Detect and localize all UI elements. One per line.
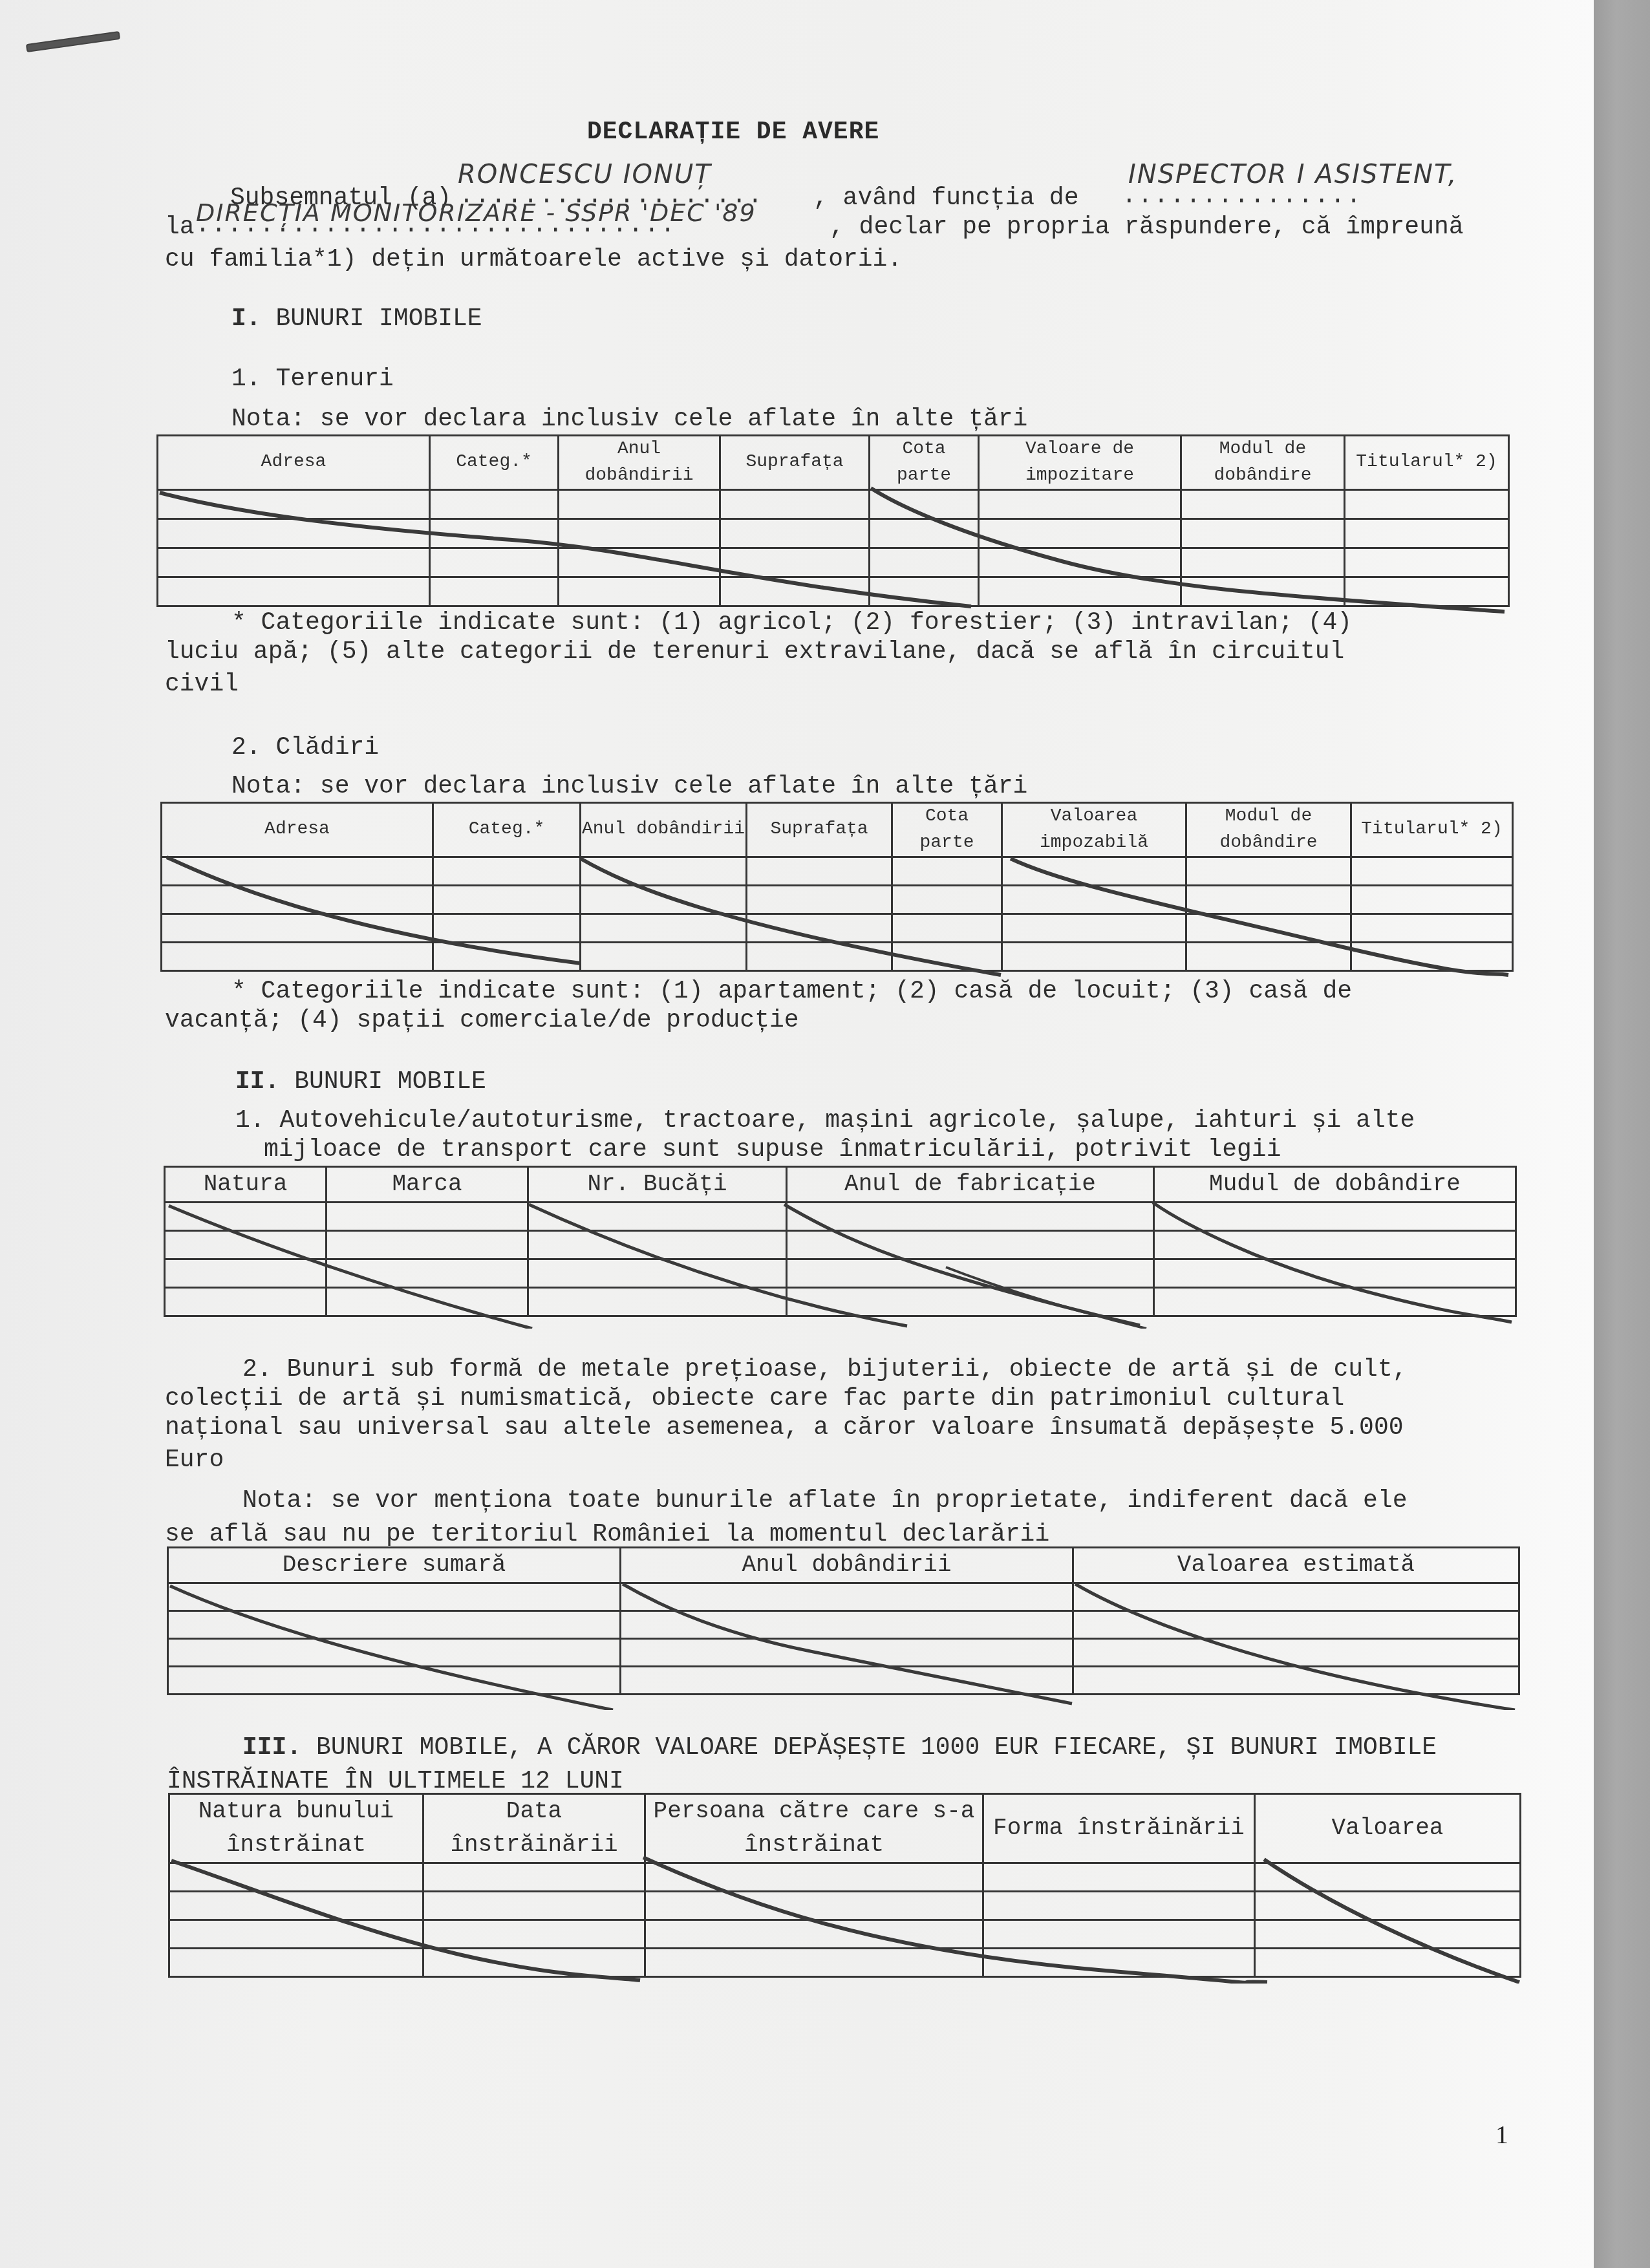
table-cell[interactable]: [1186, 886, 1351, 914]
section-3-title: BUNURI MOBILE, A CĂROR VALOARE DEPĂȘEȘTE…: [316, 1734, 1437, 1762]
table-cell[interactable]: [747, 857, 892, 886]
column-header: Valoarea estimată: [1073, 1548, 1519, 1583]
table-cell[interactable]: [430, 548, 559, 577]
table-cell[interactable]: [327, 1288, 528, 1316]
function-field[interactable]: INSPECTOR I ASISTENT,: [1128, 162, 1457, 187]
table-cell[interactable]: [787, 1288, 1154, 1316]
table-cell[interactable]: [1154, 1203, 1516, 1231]
table-cell[interactable]: [430, 577, 559, 606]
table-cell[interactable]: [1181, 519, 1345, 548]
section-1-title: BUNURI IMOBILE: [275, 305, 482, 333]
table-cell[interactable]: [747, 886, 892, 914]
table-cell[interactable]: [158, 548, 430, 577]
table-cell[interactable]: [433, 886, 581, 914]
column-header: Modul de dobândire: [1186, 803, 1351, 857]
table-cell[interactable]: [1186, 857, 1351, 886]
section-3-number: III.: [242, 1734, 301, 1762]
table-cell[interactable]: [1345, 490, 1509, 519]
table-cell[interactable]: [787, 1203, 1154, 1231]
table-row: [165, 1203, 1516, 1231]
valuables-heading-3: național sau universal sau altele asemen…: [165, 1416, 1404, 1440]
table-row: [162, 857, 1513, 886]
table-row: [165, 1231, 1516, 1259]
terenuri-heading: 1. Terenuri: [231, 367, 394, 392]
table-cell[interactable]: [1351, 886, 1513, 914]
column-header: Cota parte: [870, 436, 979, 490]
table-cell[interactable]: [327, 1231, 528, 1259]
table-cell[interactable]: [621, 1667, 1073, 1695]
table-cell[interactable]: [1073, 1611, 1519, 1639]
table-cell[interactable]: [559, 519, 720, 548]
table-cell[interactable]: [1186, 943, 1351, 971]
intro-function-label: , având funcția de: [813, 186, 1078, 211]
cladiri-table: AdresaCateg.*Anul dobândiriiSuprafațaCot…: [160, 802, 1514, 972]
table-cell[interactable]: [645, 1863, 983, 1892]
table-row: [168, 1667, 1519, 1695]
table-cell[interactable]: [430, 519, 559, 548]
terenuri-table: AdresaCateg.*Anul dobândiriiSuprafațaCot…: [156, 434, 1510, 607]
table-cell[interactable]: [528, 1288, 787, 1316]
table-cell[interactable]: [720, 490, 870, 519]
table-cell[interactable]: [158, 490, 430, 519]
column-header: Anul dobândirii: [559, 436, 720, 490]
valuables-body: [168, 1583, 1519, 1695]
table-cell[interactable]: [1255, 1863, 1521, 1892]
table-cell[interactable]: [870, 548, 979, 577]
table-row: [162, 914, 1513, 943]
table-cell[interactable]: [1186, 914, 1351, 943]
table-cell[interactable]: [621, 1583, 1073, 1611]
valuables-note-2: se află sau nu pe teritoriul României la…: [165, 1523, 1049, 1547]
table-cell[interactable]: [423, 1920, 645, 1949]
column-header: Suprafața: [747, 803, 892, 857]
column-header: Valoarea impozabilă: [1002, 803, 1186, 857]
table-cell[interactable]: [1002, 857, 1186, 886]
table-cell[interactable]: [1345, 548, 1509, 577]
terenuri-footnote-1: * Categoriile indicate sunt: (1) agricol…: [231, 611, 1352, 636]
table-row: [168, 1611, 1519, 1639]
vehicles-body: [165, 1203, 1516, 1316]
declarant-name-field[interactable]: RONCESCU IONUȚ: [458, 162, 712, 187]
table-cell[interactable]: [983, 1863, 1255, 1892]
table-cell[interactable]: [870, 519, 979, 548]
table-cell[interactable]: [720, 548, 870, 577]
table-cell[interactable]: [327, 1203, 528, 1231]
table-cell[interactable]: [892, 857, 1002, 886]
table-cell[interactable]: [528, 1259, 787, 1288]
column-header: Anul dobândirii: [621, 1548, 1073, 1583]
table-cell[interactable]: [787, 1259, 1154, 1288]
column-header: Valoarea: [1255, 1794, 1521, 1863]
table-cell[interactable]: [433, 914, 581, 943]
valuables-heading-2: colecții de artă și numismatică, obiecte…: [165, 1387, 1344, 1411]
valuables-table: Descriere sumarăAnul dobândiriiValoarea …: [167, 1546, 1520, 1695]
table-row: [158, 548, 1509, 577]
vehicles-table: NaturaMarcaNr. BucățiAnul de fabricațieM…: [164, 1166, 1517, 1317]
table-row: [169, 1949, 1521, 1977]
column-header: Marca: [327, 1167, 528, 1203]
table-row: [165, 1259, 1516, 1288]
table-cell[interactable]: [433, 857, 581, 886]
table-cell[interactable]: [1351, 857, 1513, 886]
table-cell[interactable]: [165, 1259, 327, 1288]
column-header: Adresa: [162, 803, 433, 857]
valuables-heading-4: Euro: [165, 1448, 224, 1473]
table-cell[interactable]: [1181, 548, 1345, 577]
table-cell[interactable]: [720, 577, 870, 606]
table-cell[interactable]: [430, 490, 559, 519]
cladiri-note: Nota: se vor declara inclusiv cele aflat…: [231, 775, 1027, 799]
table-row: [158, 490, 1509, 519]
section-3-heading-2: ÎNSTRĂINATE ÎN ULTIMELE 12 LUNI: [167, 1770, 624, 1794]
section-2-title: BUNURI MOBILE: [294, 1068, 486, 1096]
table-cell[interactable]: [1073, 1639, 1519, 1667]
table-cell[interactable]: [787, 1231, 1154, 1259]
table-cell[interactable]: [168, 1611, 621, 1639]
table-cell[interactable]: [983, 1920, 1255, 1949]
table-row: [158, 519, 1509, 548]
table-cell[interactable]: [892, 886, 1002, 914]
table-cell[interactable]: [423, 1863, 645, 1892]
scan-edge: [1594, 0, 1650, 2268]
table-cell[interactable]: [168, 1667, 621, 1695]
vehicles-header-row: NaturaMarcaNr. BucățiAnul de fabricațieM…: [165, 1167, 1516, 1203]
table-cell[interactable]: [423, 1892, 645, 1920]
table-cell[interactable]: [621, 1639, 1073, 1667]
table-cell[interactable]: [165, 1288, 327, 1316]
table-cell[interactable]: [169, 1863, 423, 1892]
table-cell[interactable]: [168, 1583, 621, 1611]
column-header: Nr. Bucăți: [528, 1167, 787, 1203]
table-cell[interactable]: [581, 914, 747, 943]
intro-la: la: [165, 215, 195, 240]
institution-field[interactable]: DIRECȚIA MONITORIZARE - SSPR 'DEC '89: [196, 200, 756, 225]
table-cell[interactable]: [1351, 914, 1513, 943]
table-cell[interactable]: [165, 1231, 327, 1259]
alienated-header-row: Natura bunului înstrăinatData înstrăinăr…: [169, 1794, 1521, 1863]
column-header: Persoana către care s-a înstrăinat: [645, 1794, 983, 1863]
table-cell[interactable]: [581, 857, 747, 886]
table-cell[interactable]: [983, 1892, 1255, 1920]
table-cell[interactable]: [1154, 1231, 1516, 1259]
table-cell[interactable]: [1002, 914, 1186, 943]
table-cell[interactable]: [1255, 1920, 1521, 1949]
column-header: Categ.*: [433, 803, 581, 857]
table-cell[interactable]: [983, 1949, 1255, 1977]
column-header: Adresa: [158, 436, 430, 490]
terenuri-footnote-2: luciu apă; (5) alte categorii de terenur…: [165, 640, 1344, 665]
table-cell[interactable]: [162, 857, 433, 886]
section-3-heading-1: III. BUNURI MOBILE, A CĂROR VALOARE DEPĂ…: [242, 1736, 1437, 1760]
table-cell[interactable]: [1255, 1949, 1521, 1977]
cladiri-footnote-1: * Categoriile indicate sunt: (1) apartam…: [231, 979, 1352, 1004]
table-cell[interactable]: [1255, 1892, 1521, 1920]
table-cell[interactable]: [162, 886, 433, 914]
column-header: Suprafața: [720, 436, 870, 490]
column-header: Anul de fabricație: [787, 1167, 1154, 1203]
table-cell[interactable]: [720, 519, 870, 548]
cladiri-header-row: AdresaCateg.*Anul dobândiriiSuprafațaCot…: [162, 803, 1513, 857]
table-cell[interactable]: [423, 1949, 645, 1977]
intro-line2-suffix: , declar pe propria răspundere, că împre…: [830, 215, 1464, 240]
intro-line3: cu familia*1) dețin următoarele active ș…: [165, 248, 902, 272]
table-cell[interactable]: [165, 1203, 327, 1231]
table-cell[interactable]: [645, 1949, 983, 1977]
table-cell[interactable]: [1154, 1259, 1516, 1288]
table-cell[interactable]: [559, 490, 720, 519]
terenuri-header-row: AdresaCateg.*Anul dobândiriiSuprafațaCot…: [158, 436, 1509, 490]
table-row: [168, 1639, 1519, 1667]
table-cell[interactable]: [1351, 943, 1513, 971]
table-cell[interactable]: [169, 1892, 423, 1920]
table-cell[interactable]: [158, 577, 430, 606]
table-cell[interactable]: [645, 1920, 983, 1949]
table-cell[interactable]: [1154, 1288, 1516, 1316]
page-number: 1: [1495, 2119, 1508, 2150]
table-cell[interactable]: [158, 519, 430, 548]
table-cell[interactable]: [979, 577, 1181, 606]
valuables-heading-1: 2. Bunuri sub formă de metale prețioase,…: [242, 1358, 1408, 1382]
table-cell[interactable]: [528, 1231, 787, 1259]
table-cell[interactable]: [979, 548, 1181, 577]
table-cell[interactable]: [162, 943, 433, 971]
table-row: [162, 943, 1513, 971]
column-header: Valoare de impozitare: [979, 436, 1181, 490]
column-header: Anul dobândirii: [581, 803, 747, 857]
table-cell[interactable]: [169, 1949, 423, 1977]
column-header: Data înstrăinării: [423, 1794, 645, 1863]
column-header: Modul de dobândire: [1181, 436, 1345, 490]
section-1-number: I.: [231, 305, 261, 333]
terenuri-note: Nota: se vor declara inclusiv cele aflat…: [231, 407, 1027, 432]
table-row: [169, 1863, 1521, 1892]
column-header: Mudul de dobândire: [1154, 1167, 1516, 1203]
table-cell[interactable]: [581, 943, 747, 971]
table-cell[interactable]: [892, 914, 1002, 943]
table-row: [165, 1288, 1516, 1316]
column-header: Categ.*: [430, 436, 559, 490]
table-row: [162, 886, 1513, 914]
table-cell[interactable]: [581, 886, 747, 914]
table-cell[interactable]: [621, 1611, 1073, 1639]
column-header: Natura bunului înstrăinat: [169, 1794, 423, 1863]
column-header: Titularul* 2): [1345, 436, 1509, 490]
table-cell[interactable]: [1073, 1583, 1519, 1611]
table-cell[interactable]: [559, 577, 720, 606]
section-2-heading: II. BUNURI MOBILE: [235, 1070, 486, 1095]
table-cell[interactable]: [162, 914, 433, 943]
terenuri-body: [158, 490, 1509, 606]
alienated-body: [169, 1863, 1521, 1977]
table-row: [169, 1920, 1521, 1949]
table-cell[interactable]: [1345, 577, 1509, 606]
table-cell[interactable]: [528, 1203, 787, 1231]
cladiri-footnote-2: vacanță; (4) spații comerciale/de produc…: [165, 1009, 799, 1033]
valuables-note-1: Nota: se vor menționa toate bunurile afl…: [242, 1489, 1408, 1514]
table-cell[interactable]: [559, 548, 720, 577]
section-2-number: II.: [235, 1068, 279, 1096]
column-header: Forma înstrăinării: [983, 1794, 1255, 1863]
table-cell[interactable]: [1002, 886, 1186, 914]
table-cell[interactable]: [1345, 519, 1509, 548]
column-header: Cota parte: [892, 803, 1002, 857]
column-header: Descriere sumară: [168, 1548, 621, 1583]
table-cell[interactable]: [979, 490, 1181, 519]
column-header: Natura: [165, 1167, 327, 1203]
valuables-header-row: Descriere sumarăAnul dobândiriiValoarea …: [168, 1548, 1519, 1583]
table-cell[interactable]: [979, 519, 1181, 548]
cladiri-heading: 2. Clădiri: [231, 736, 379, 760]
table-cell[interactable]: [870, 577, 979, 606]
vehicles-heading-1: 1. Autovehicule/autoturisme, tractoare, …: [235, 1109, 1415, 1133]
table-cell[interactable]: [1181, 577, 1345, 606]
terenuri-footnote-3: civil: [165, 672, 239, 697]
table-cell[interactable]: [1002, 943, 1186, 971]
table-cell[interactable]: [433, 943, 581, 971]
vehicles-heading-2: mijloace de transport care sunt supuse î…: [264, 1138, 1281, 1162]
table-row: [169, 1892, 1521, 1920]
table-cell[interactable]: [168, 1639, 621, 1667]
alienated-assets-table: Natura bunului înstrăinatData înstrăinăr…: [168, 1793, 1521, 1978]
table-cell[interactable]: [1073, 1667, 1519, 1695]
table-cell[interactable]: [870, 490, 979, 519]
table-cell[interactable]: [747, 943, 892, 971]
table-cell[interactable]: [892, 943, 1002, 971]
table-row: [168, 1583, 1519, 1611]
table-cell[interactable]: [327, 1259, 528, 1288]
column-header: Titularul* 2): [1351, 803, 1513, 857]
table-cell[interactable]: [169, 1920, 423, 1949]
table-cell[interactable]: [1181, 490, 1345, 519]
cladiri-body: [162, 857, 1513, 971]
table-cell[interactable]: [645, 1892, 983, 1920]
page-title: DECLARAȚIE DE AVERE: [587, 120, 879, 145]
table-row: [158, 577, 1509, 606]
table-cell[interactable]: [747, 914, 892, 943]
section-1-heading: I. BUNURI IMOBILE: [231, 307, 482, 332]
